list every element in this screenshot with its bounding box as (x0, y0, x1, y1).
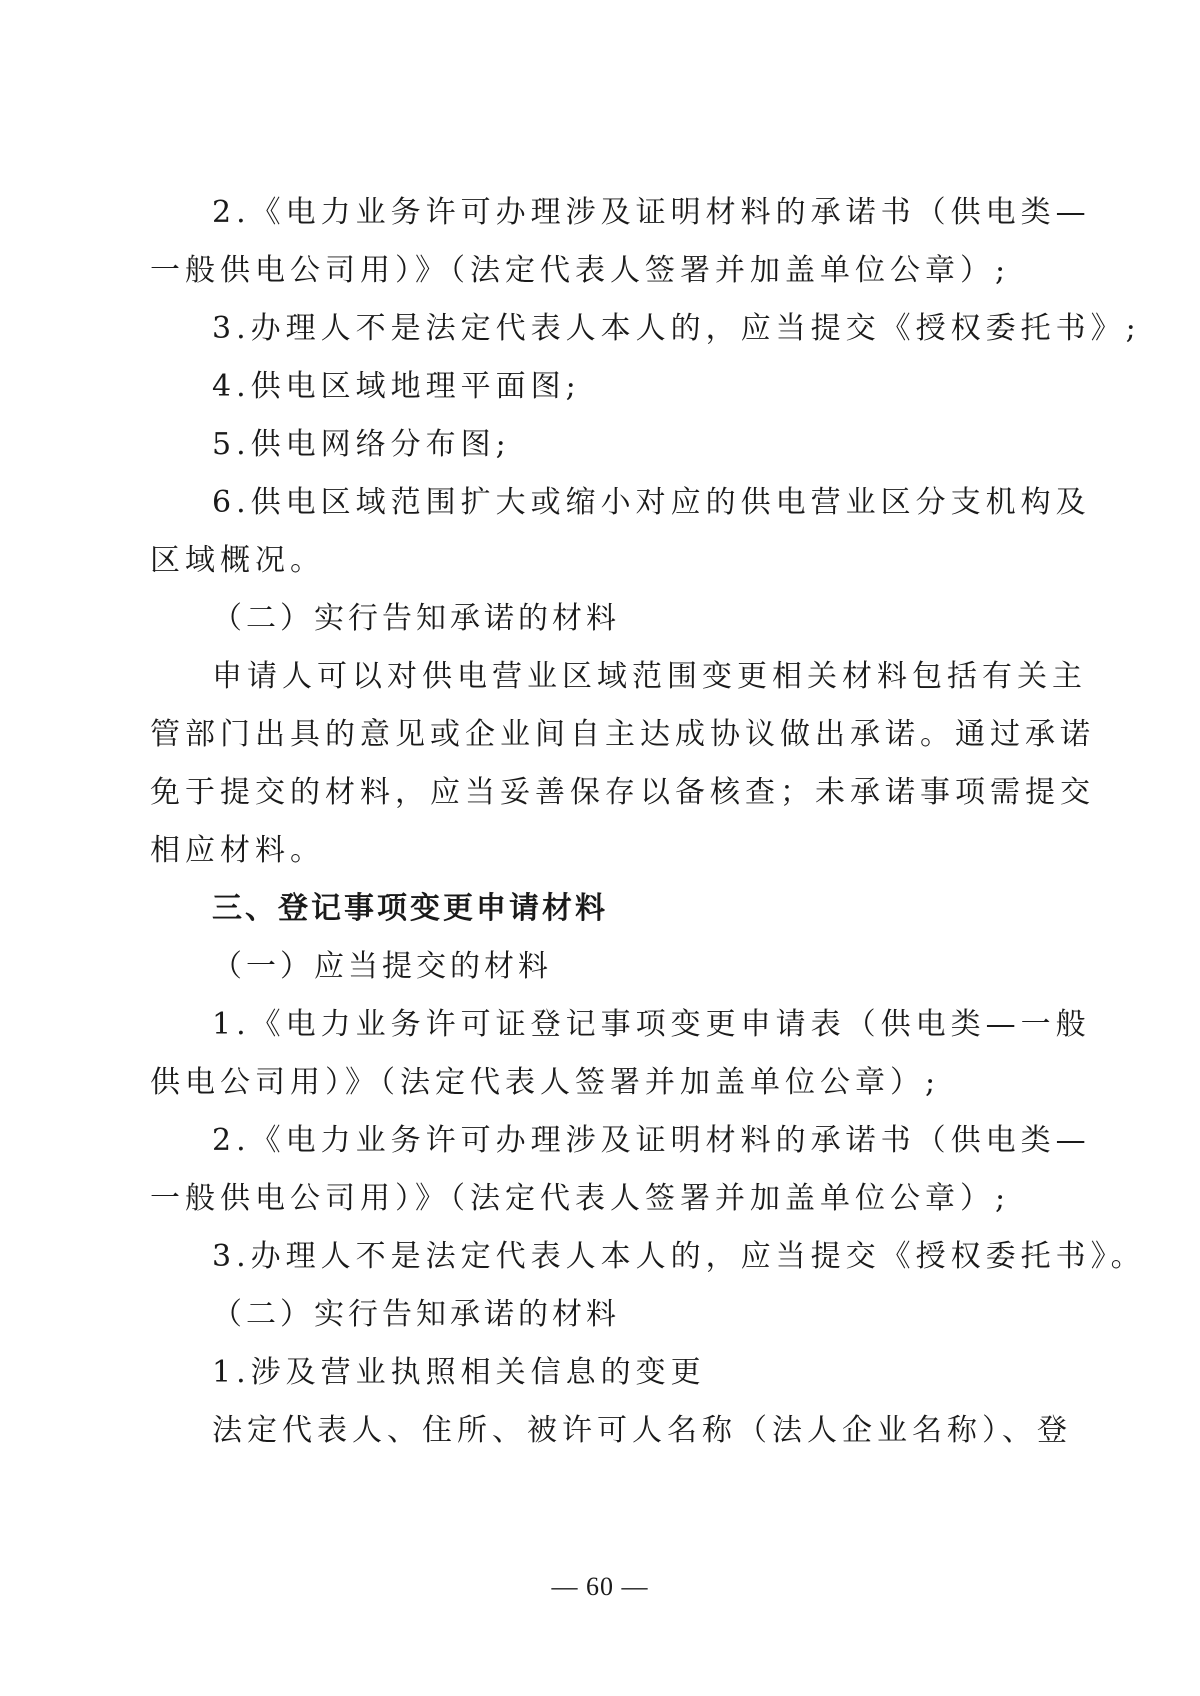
list-item-5: 5.供电网络分布图; (0, 425, 1200, 465)
list-item-3: 3.办理人不是法定代表人本人的，应当提交《授权委托书》。 (0, 1237, 1200, 1277)
section-heading-3: 三、登记事项变更申请材料 (0, 889, 1200, 929)
list-item-6: 6.供电区域范围扩大或缩小对应的供电营业区分支机构及 (0, 483, 1200, 523)
paragraph-line: 法定代表人、住所、被许可人名称（法人企业名称）、登 (0, 1411, 1200, 1451)
list-item-1-cont: 供电公司用）》（法定代表人签署并加盖单位公章）; (0, 1063, 1200, 1103)
list-item-6-cont: 区域概况。 (0, 541, 1200, 581)
list-item-4: 4.供电区域地理平面图; (0, 367, 1200, 407)
list-item-2: 2.《电力业务许可办理涉及证明材料的承诺书（供电类— (0, 193, 1200, 233)
paragraph-line: 管部门出具的意见或企业间自主达成协议做出承诺。通过承诺 (0, 715, 1200, 755)
subheading-notify-commit: （二）实行告知承诺的材料 (0, 599, 1200, 639)
page-number: — 60 — (0, 1572, 1200, 1602)
subheading-notify-commit: （二）实行告知承诺的材料 (0, 1295, 1200, 1335)
list-item-1: 1.涉及营业执照相关信息的变更 (0, 1353, 1200, 1393)
paragraph-line: 申请人可以对供电营业区域范围变更相关材料包括有关主 (0, 657, 1200, 697)
list-item-3: 3.办理人不是法定代表人本人的，应当提交《授权委托书》; (0, 309, 1200, 349)
subheading-required: （一）应当提交的材料 (0, 947, 1200, 987)
list-item-2-cont: 一般供电公司用）》（法定代表人签署并加盖单位公章）; (0, 1179, 1200, 1219)
paragraph-line: 免于提交的材料，应当妥善保存以备核查；未承诺事项需提交 (0, 773, 1200, 813)
list-item-2-cont: 一般供电公司用）》（法定代表人签署并加盖单位公章）; (0, 251, 1200, 291)
list-item-1: 1.《电力业务许可证登记事项变更申请表（供电类—一般 (0, 1005, 1200, 1045)
document-page: 2.《电力业务许可办理涉及证明材料的承诺书（供电类— 一般供电公司用）》（法定代… (0, 0, 1200, 1696)
paragraph-line: 相应材料。 (0, 831, 1200, 871)
list-item-2: 2.《电力业务许可办理涉及证明材料的承诺书（供电类— (0, 1121, 1200, 1161)
